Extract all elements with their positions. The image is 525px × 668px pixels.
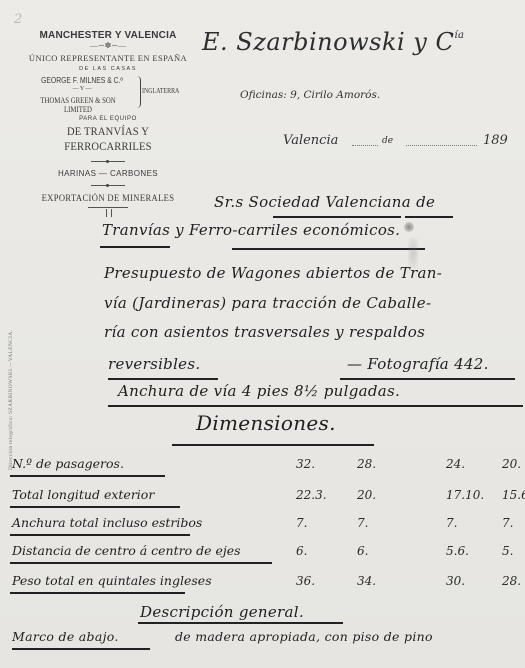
- underline: [108, 405, 523, 407]
- table-cell: 30.: [446, 574, 465, 588]
- underline: [405, 216, 453, 218]
- letterhead-export: EXPORTACIÓN DE MINERALES: [23, 193, 194, 203]
- letterhead: MANCHESTER Y VALENCIA —∽✽∽— ÚNICO REPRES…: [18, 18, 198, 218]
- table-cell: 7.: [502, 516, 513, 530]
- firm-name-superscript: ía: [454, 30, 464, 41]
- date-month-blank: [406, 145, 477, 146]
- body-line-1: Presupuesto de Wagones abiertos de Tran-: [104, 264, 442, 282]
- date-year: 189: [483, 133, 508, 148]
- table-cell: 28.: [502, 574, 521, 588]
- table-cell: 32.: [296, 457, 315, 471]
- table-cell: 20.: [357, 488, 376, 502]
- letterhead-of-houses: DE LAS CASAS: [18, 66, 198, 72]
- house-conjunction: — Y —: [26, 86, 138, 92]
- table-row-label: Distancia de centro á centro de ejes: [12, 543, 241, 558]
- rule-ornament-icon: [91, 161, 125, 162]
- table-row-label: N.º de pasageros.: [12, 456, 124, 471]
- underline: [172, 444, 374, 446]
- table-cell: 17.10.: [446, 488, 484, 502]
- table-cell: 5.6.: [446, 544, 469, 558]
- general-description-title: Descripción general.: [140, 603, 304, 621]
- table-cell: 7.: [296, 516, 307, 530]
- table-row-label: Total longitud exterior: [12, 487, 154, 502]
- firm-name-text: E. Szarbinowski y C: [202, 28, 454, 56]
- table-cell: 5.: [502, 544, 513, 558]
- underline: [12, 648, 150, 650]
- flourish-ornament-icon: —∽✽∽—: [18, 41, 198, 51]
- track-gauge: Anchura de vía 4 pies 8½ pulgadas.: [118, 382, 400, 400]
- frame-description: de madera apropiada, con piso de pino: [175, 629, 433, 644]
- firm-name: E. Szarbinowski y Cía: [202, 28, 465, 56]
- underline: [108, 378, 218, 380]
- table-cell: 7.: [357, 516, 368, 530]
- table-cell: 34.: [357, 574, 376, 588]
- underline: [10, 475, 165, 477]
- photo-reference: — Fotografía 442.: [347, 355, 489, 373]
- table-cell: 20.: [502, 457, 521, 471]
- letterhead-products: HARINAS — CARBONES: [18, 169, 198, 178]
- letterhead-representative: ÚNICO REPRESENTANTE EN ESPAÑA: [18, 53, 198, 63]
- table-cell: 15.6.: [502, 488, 525, 502]
- table-cell: 28.: [357, 457, 376, 471]
- underline: [273, 216, 401, 218]
- table-row-label: Anchura total incluso estribos: [12, 515, 202, 530]
- body-line-2: vía (Jardineras) para tracción de Caball…: [104, 294, 431, 312]
- rule-ornament-icon: [91, 185, 125, 186]
- firm-offices: Oficinas: 9, Cirilo Amorós.: [240, 89, 380, 101]
- body-line-4: reversibles.: [108, 355, 200, 373]
- frame-label: Marco de abajo.: [12, 629, 119, 644]
- underline: [10, 592, 185, 594]
- letterhead-tramways: DE TRANVÍAS Y FERROCARRILES: [29, 124, 187, 154]
- underline: [100, 246, 170, 248]
- date-de: de: [382, 136, 393, 146]
- underline: [232, 248, 425, 250]
- table-cell: 22.3.: [296, 488, 327, 502]
- scroll-ornament-icon: [88, 207, 128, 218]
- table-cell: 6.: [357, 544, 368, 558]
- underline: [10, 534, 190, 536]
- telegraph-address: Dirección telegráfica: SZARBINOWSKI.—VAL…: [8, 330, 14, 470]
- table-cell: 6.: [296, 544, 307, 558]
- underline: [10, 562, 272, 564]
- letterhead-equipment-for: PARA EL EQUIPO: [18, 116, 198, 122]
- underline: [138, 622, 343, 624]
- dimensions-title: Dimensiones.: [196, 411, 336, 435]
- letterhead-title: MANCHESTER Y VALENCIA: [18, 30, 198, 41]
- brace-icon: [136, 76, 141, 108]
- date-city: Valencia: [283, 133, 338, 148]
- letterhead-houses: GEORGE F. MILNES & C.º — Y — THOMAS GREE…: [18, 76, 198, 112]
- table-cell: 36.: [296, 574, 315, 588]
- underline: [10, 506, 180, 508]
- body-line-3: ría con asientos trasversales y respaldo…: [104, 323, 425, 341]
- house-green: THOMAS GREEN & SON LIMITED: [27, 96, 129, 114]
- table-row-label: Peso total en quintales ingleses: [12, 573, 212, 588]
- house-milnes: GEORGE F. MILNES & C.º: [34, 76, 129, 85]
- house-country: INGLATERRA: [142, 87, 179, 95]
- addressee-line-1: Sr.s Sociedad Valenciana de: [214, 193, 435, 211]
- table-cell: 24.: [446, 457, 465, 471]
- table-cell: 7.: [446, 516, 457, 530]
- date-day-blank: [352, 145, 378, 146]
- addressee-line-2: Tranvías y Ferro-carriles económicos.: [102, 221, 400, 239]
- underline: [340, 378, 515, 380]
- ink-smudge: [404, 222, 414, 232]
